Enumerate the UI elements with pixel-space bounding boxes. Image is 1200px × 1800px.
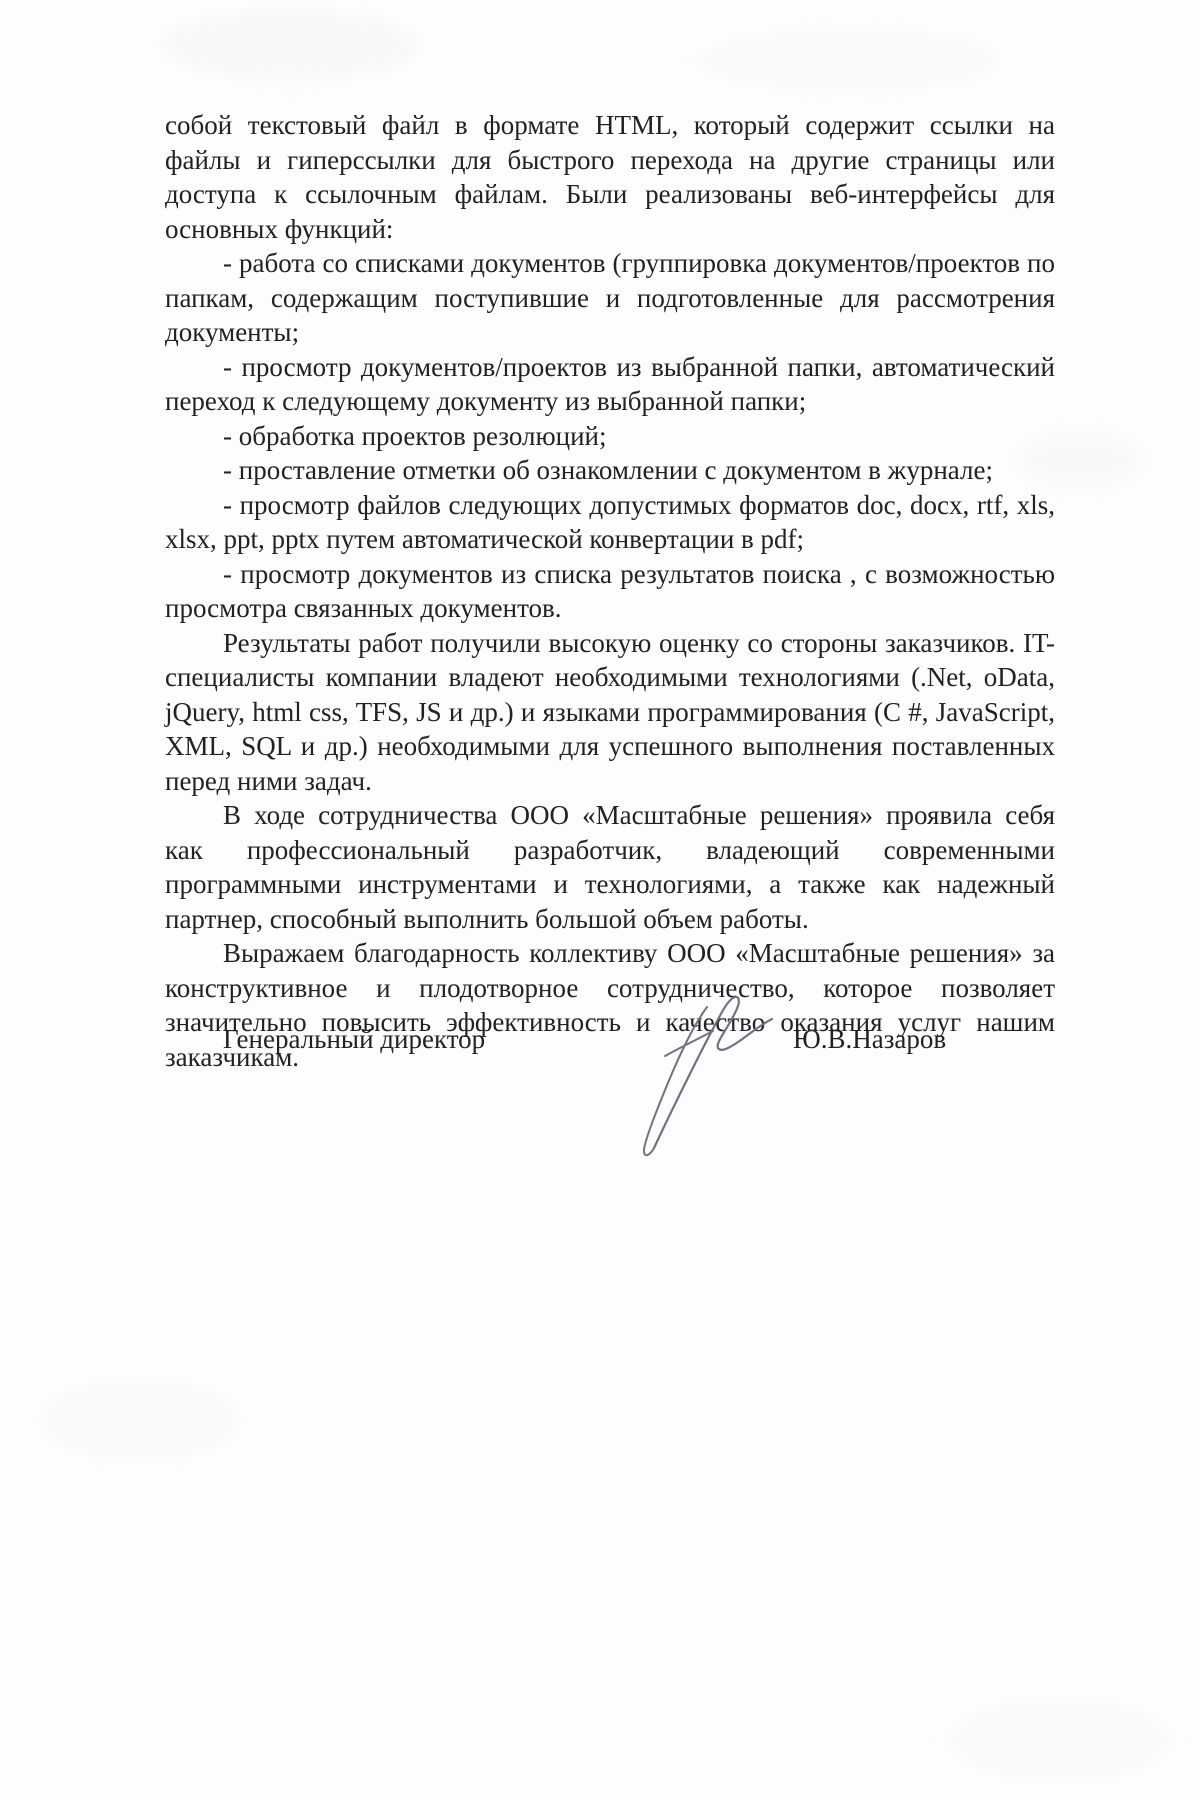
list-item: - просмотр документов/проектов из выбран…	[165, 350, 1055, 419]
scan-artifact	[700, 30, 1000, 90]
list-item: - просмотр файлов следующих допустимых ф…	[165, 488, 1055, 557]
list-item: - проставление отметки об ознакомлении с…	[165, 453, 1055, 488]
signer-name: Ю.В.Назаров	[793, 1022, 946, 1057]
paragraph: Результаты работ получили высокую оценку…	[165, 626, 1055, 799]
letter-body: собой текстовый файл в формате HTML, кот…	[165, 108, 1055, 1074]
list-item: - обработка проектов резолюций;	[165, 419, 1055, 454]
scan-artifact	[950, 1700, 1170, 1780]
list-item: - просмотр документов из списка результа…	[165, 557, 1055, 626]
list-item: - работа со списками документов (группир…	[165, 246, 1055, 350]
paragraph-continuation: собой текстовый файл в формате HTML, кот…	[165, 108, 1055, 246]
paragraph: В ходе сотрудничества ООО «Масштабные ре…	[165, 798, 1055, 936]
scan-artifact	[40, 1380, 240, 1460]
scan-artifact	[160, 10, 420, 80]
scanned-letter-page: собой текстовый файл в формате HTML, кот…	[0, 0, 1200, 1800]
signer-title: Генеральный директор	[223, 1022, 485, 1057]
